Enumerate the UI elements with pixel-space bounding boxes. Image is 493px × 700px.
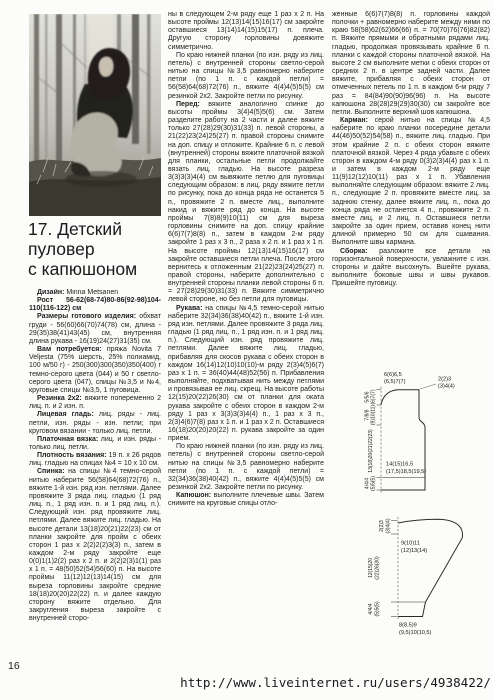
front-shoulder-slope-label: (3)4(4) [438, 383, 455, 389]
paragraph: Капюшон: выполните плечевые швы. Затем с… [168, 492, 324, 508]
paragraph-text: на спицы №4 темно-серой нитью наберите 5… [29, 468, 161, 622]
paragraph-text: По краю нижней планки (по изн. ряду из л… [168, 443, 324, 491]
paragraph-lead: Перед: [176, 101, 200, 108]
paragraph-lead: Резинка 2х2: [37, 395, 82, 402]
paragraph-text: женные 6(6)7(7)8(8) п. горловины каждой … [332, 11, 490, 116]
paragraph: По краю нижней планки (по изн. ряду из л… [168, 52, 324, 101]
sleeve-band-height-label: 4/4/4 [368, 603, 374, 614]
front-measure-ticks [377, 390, 382, 490]
text-column-right: женные 6(6)7(7)8(8) п. горловины каждой … [332, 11, 490, 365]
front-shoulder-width-label: (6,5)7(7) [384, 379, 406, 385]
paragraph: Спинка: на спицы №4 темно-серой нитью на… [29, 468, 161, 623]
text-column-middle: ны в следующем 2-м ряду еще 1 раз х 2 п.… [168, 11, 324, 639]
front-band-height-label: (5)5(5) [371, 476, 377, 491]
front-shoulder-width-label: 6(6)6,5 [384, 372, 402, 378]
paragraph: Перед: вяжите аналогично спинке до высот… [168, 101, 324, 305]
page-number: 16 [8, 660, 20, 672]
paragraph-lead: Капюшон: [176, 492, 211, 499]
sleeve-cap-height-label: 2(2)3 [379, 520, 385, 532]
paragraph-text: ны в следующем 2-м ряду еще 1 раз х 2 п.… [168, 11, 324, 51]
paragraph-lead: Размеры готового изделия: [37, 313, 136, 320]
paragraph-lead: Вам потребуется: [37, 346, 102, 353]
paragraph: Вам потребуется: пряжа Novita 7 Veljesta… [29, 346, 161, 395]
paragraph-text: вяжите аналогично спинке до высоты пройм… [168, 101, 324, 304]
paragraph-text: серой нитью на спицы №4,5 наберите по кр… [332, 117, 490, 246]
paragraph: Рукава: на спицы №4,5 темно-серой нитью … [168, 305, 324, 444]
paragraph: Лицевая гладь: лиц. ряды - лиц. петли, и… [29, 411, 161, 435]
sleeve-cap-height-label: (3)4(4) [386, 518, 392, 533]
paragraph: Размеры готового изделия: обхват груди -… [29, 313, 161, 346]
paragraph-lead: Карман: [340, 117, 368, 124]
paragraph-text: Minna Metsanen [64, 289, 118, 296]
paragraph-lead: Платочная вязка: [37, 436, 98, 443]
pattern-photo [29, 14, 161, 216]
front-armhole-height-label: (9)10(11) [371, 405, 377, 426]
paragraph: Резинка 2х2: вяжите попеременно 2 лиц. п… [29, 395, 161, 411]
paragraph-text: По краю нижней планки (по изн. ряду из л… [168, 52, 324, 100]
sleeve-top-width-label: (12)13(14) [401, 548, 427, 554]
front-slope-leader [420, 384, 436, 389]
paragraph-lead: Лицевая гладь: [37, 411, 94, 418]
pattern-schematics: 6(6)6,5 (6,5)7(7) 2(2)3 (3)4(4) 14(15)16… [328, 366, 493, 656]
paragraph: Сборка: разложите все детали на горизонт… [332, 248, 490, 289]
front-half-width-label: 14(15)16,5 [386, 462, 413, 468]
watermark-url: http://www.liveinternet.ru/users/4938422… [180, 675, 491, 690]
paragraph-text: на спицы №4,5 темно-серой нитью наберите… [168, 305, 324, 443]
paragraph-lead: Рукава: [176, 305, 202, 312]
magazine-page: 17. Детский пуловер с капюшоном Дизайн: … [0, 0, 493, 700]
sleeve-measure-ticks [391, 521, 398, 617]
paragraph-lead: Плотность вязания: [37, 452, 107, 459]
paragraph-lead: Спинка: [37, 468, 65, 475]
paragraph: женные 6(6)7(7)8(8) п. горловины каждой … [332, 11, 490, 117]
paragraph-lead: Сборка: [340, 248, 368, 255]
paragraph: ны в следующем 2-м ряду еще 1 раз х 2 п.… [168, 11, 324, 52]
pattern-title: 17. Детский пуловер с капюшоном [28, 220, 137, 279]
front-body-length-label: 13(18)20(21)22(23) [368, 429, 374, 473]
sleeve-length-label: (22)26(30) [375, 556, 381, 580]
paragraph-lead: Рост 56-62(68-74)80-86(92-98)104-110(116… [29, 297, 161, 312]
paragraph-text: пряжа Novita 7 Veljesta (75% шерсть, 25%… [29, 346, 161, 394]
sleeve-band-height-label: (5)5(5) [375, 601, 381, 616]
paragraph: Карман: серой нитью на спицы №4,5 набери… [332, 117, 490, 248]
sleeve-top-width-label: 9(10)11 [401, 541, 420, 547]
forest-photo-illustration [29, 14, 161, 216]
paragraph-lead: Дизайн: [37, 289, 64, 296]
paragraph: По краю нижней планки (по изн. ряду из л… [168, 443, 324, 492]
paragraph: Платочная вязка: лиц. и изн. ряды - толь… [29, 436, 161, 452]
paragraph: Дизайн: Minna Metsanen [29, 289, 161, 297]
paragraph: Рост 56-62(68-74)80-86(92-98)104-110(116… [29, 297, 161, 313]
sleeve-bottom-width-label: 8(8,5)9 [399, 623, 417, 629]
front-neck-height-label: (6)7(7) [371, 389, 377, 404]
front-half-width-label: (17,5)18,5(19,5) [386, 469, 426, 475]
text-column-left: Дизайн: Minna Metsanen Рост 56-62(68-74)… [29, 289, 161, 643]
sleeve-length-label: 12(15)20 [368, 558, 374, 578]
sleeve-bottom-width-label: (9,5)10(10,5) [399, 630, 431, 636]
front-shoulder-slope-label: 2(2)3 [438, 377, 451, 383]
paragraph: Плотность вязания: 19 п. х 26 рядов лиц.… [29, 452, 161, 468]
